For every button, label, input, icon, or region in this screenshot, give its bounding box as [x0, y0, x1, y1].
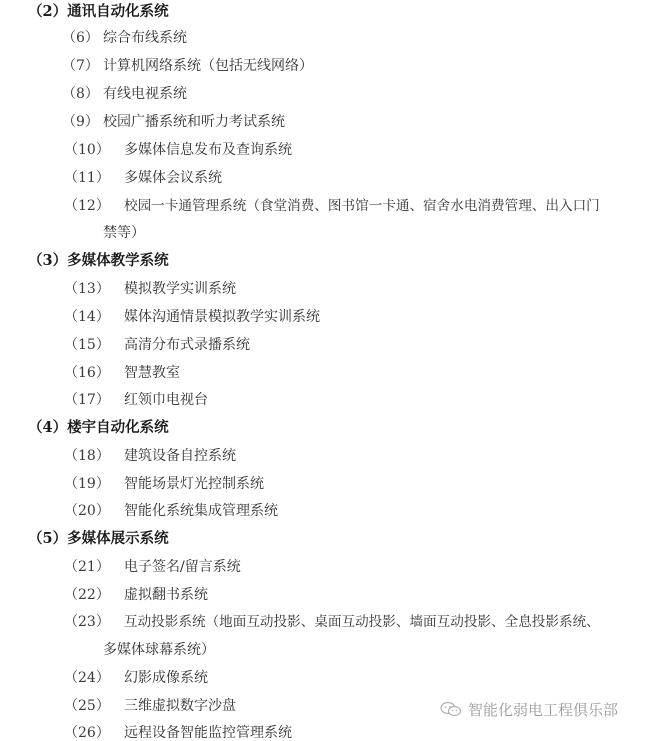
item-number: （22） — [64, 581, 110, 609]
item-text: 综合布线系统 — [103, 24, 187, 52]
item-text: 三维虚拟数字沙盘 — [124, 692, 236, 720]
item-number: （6） — [62, 24, 99, 52]
list-item: （26） 远程设备智能监控管理系统 — [0, 719, 650, 741]
item-text: 智能化系统集成管理系统 — [124, 497, 278, 525]
item-number: （15） — [64, 331, 110, 359]
list-item: （11） 多媒体会议系统 — [0, 164, 650, 192]
item-text: 有线电视系统 — [103, 80, 187, 108]
item-text: 智能场景灯光控制系统 — [124, 470, 264, 498]
item-text: 多媒体会议系统 — [124, 164, 222, 192]
section-header-building-automation: （4）楼宇自动化系统 — [28, 414, 169, 442]
item-number: （7） — [62, 52, 99, 80]
item-text: 建筑设备自控系统 — [124, 442, 236, 470]
item-number: （16） — [64, 359, 110, 387]
item-number: （19） — [64, 470, 110, 498]
list-item: （8） 有线电视系统 — [0, 80, 650, 108]
list-item: （15） 高清分布式录播系统 — [0, 331, 650, 359]
item-text: 多媒体信息发布及查询系统 — [124, 136, 292, 164]
wechat-icon — [440, 700, 462, 716]
item-number: （13） — [64, 275, 110, 303]
watermark: 智能化弱电工程俱乐部 — [440, 698, 618, 722]
list-item: （21） 电子签名/留言系统 — [0, 553, 650, 581]
item-number: （10） — [64, 136, 110, 164]
section-header-communication: （2）通讯自动化系统 — [28, 0, 169, 26]
item-number: （17） — [64, 386, 110, 414]
item-text-continuation: 多媒体球幕系统） — [103, 636, 215, 664]
list-item: （24） 幻影成像系统 — [0, 664, 650, 692]
list-item: （19） 智能场景灯光控制系统 — [0, 470, 650, 498]
item-text: 高清分布式录播系统 — [124, 331, 250, 359]
item-text: 电子签名/留言系统 — [124, 553, 241, 581]
item-number: （23） — [64, 608, 110, 636]
item-text: 互动投影系统（地面互动投影、桌面互动投影、墙面互动投影、全息投影系统、 — [124, 608, 600, 636]
list-item: （17） 红领巾电视台 — [0, 386, 650, 414]
item-text: 红领巾电视台 — [124, 386, 208, 414]
item-number: （20） — [64, 497, 110, 525]
item-text: 校园广播系统和听力考试系统 — [103, 108, 285, 136]
list-item: （6） 综合布线系统 — [0, 24, 650, 52]
section-header-multimedia-display: （5）多媒体展示系统 — [28, 525, 169, 553]
item-text: 校园一卡通管理系统（食堂消费、图书馆一卡通、宿舍水电消费管理、出入口门 — [124, 192, 600, 220]
list-item: （16） 智慧教室 — [0, 359, 650, 387]
list-item: （14） 媒体沟通情景模拟教学实训系统 — [0, 303, 650, 331]
item-number: （14） — [64, 303, 110, 331]
item-number: （9） — [62, 108, 99, 136]
list-item-continuation: 多媒体球幕系统） — [0, 636, 650, 664]
list-item: （18） 建筑设备自控系统 — [0, 442, 650, 470]
item-text: 智慧教室 — [124, 359, 180, 387]
item-number: （18） — [64, 442, 110, 470]
item-text: 媒体沟通情景模拟教学实训系统 — [124, 303, 320, 331]
list-item: （9） 校园广播系统和听力考试系统 — [0, 108, 650, 136]
list-item: （7） 计算机网络系统（包括无线网络） — [0, 52, 650, 80]
section-header-multimedia-teaching: （3）多媒体教学系统 — [28, 247, 169, 275]
item-text: 幻影成像系统 — [124, 664, 208, 692]
list-item-continuation: 禁等） — [0, 219, 650, 247]
item-text: 远程设备智能监控管理系统 — [124, 719, 292, 741]
item-number: （24） — [64, 664, 110, 692]
item-number: （11） — [64, 164, 110, 192]
item-number: （8） — [62, 80, 99, 108]
list-item: （22） 虚拟翻书系统 — [0, 581, 650, 609]
item-text: 模拟教学实训系统 — [124, 275, 236, 303]
item-text: 虚拟翻书系统 — [124, 581, 208, 609]
item-number: （12） — [64, 192, 110, 220]
list-item: （23） 互动投影系统（地面互动投影、桌面互动投影、墙面互动投影、全息投影系统、 — [0, 608, 650, 636]
item-number: （21） — [64, 553, 110, 581]
list-item: （13） 模拟教学实训系统 — [0, 275, 650, 303]
item-number: （26） — [64, 719, 110, 741]
list-item: （20） 智能化系统集成管理系统 — [0, 497, 650, 525]
list-item: （10） 多媒体信息发布及查询系统 — [0, 136, 650, 164]
item-text: 计算机网络系统（包括无线网络） — [103, 52, 313, 80]
item-text-continuation: 禁等） — [103, 219, 145, 247]
item-number: （25） — [64, 692, 110, 720]
list-item: （12） 校园一卡通管理系统（食堂消费、图书馆一卡通、宿舍水电消费管理、出入口门 — [0, 192, 650, 220]
watermark-text: 智能化弱电工程俱乐部 — [468, 701, 618, 719]
